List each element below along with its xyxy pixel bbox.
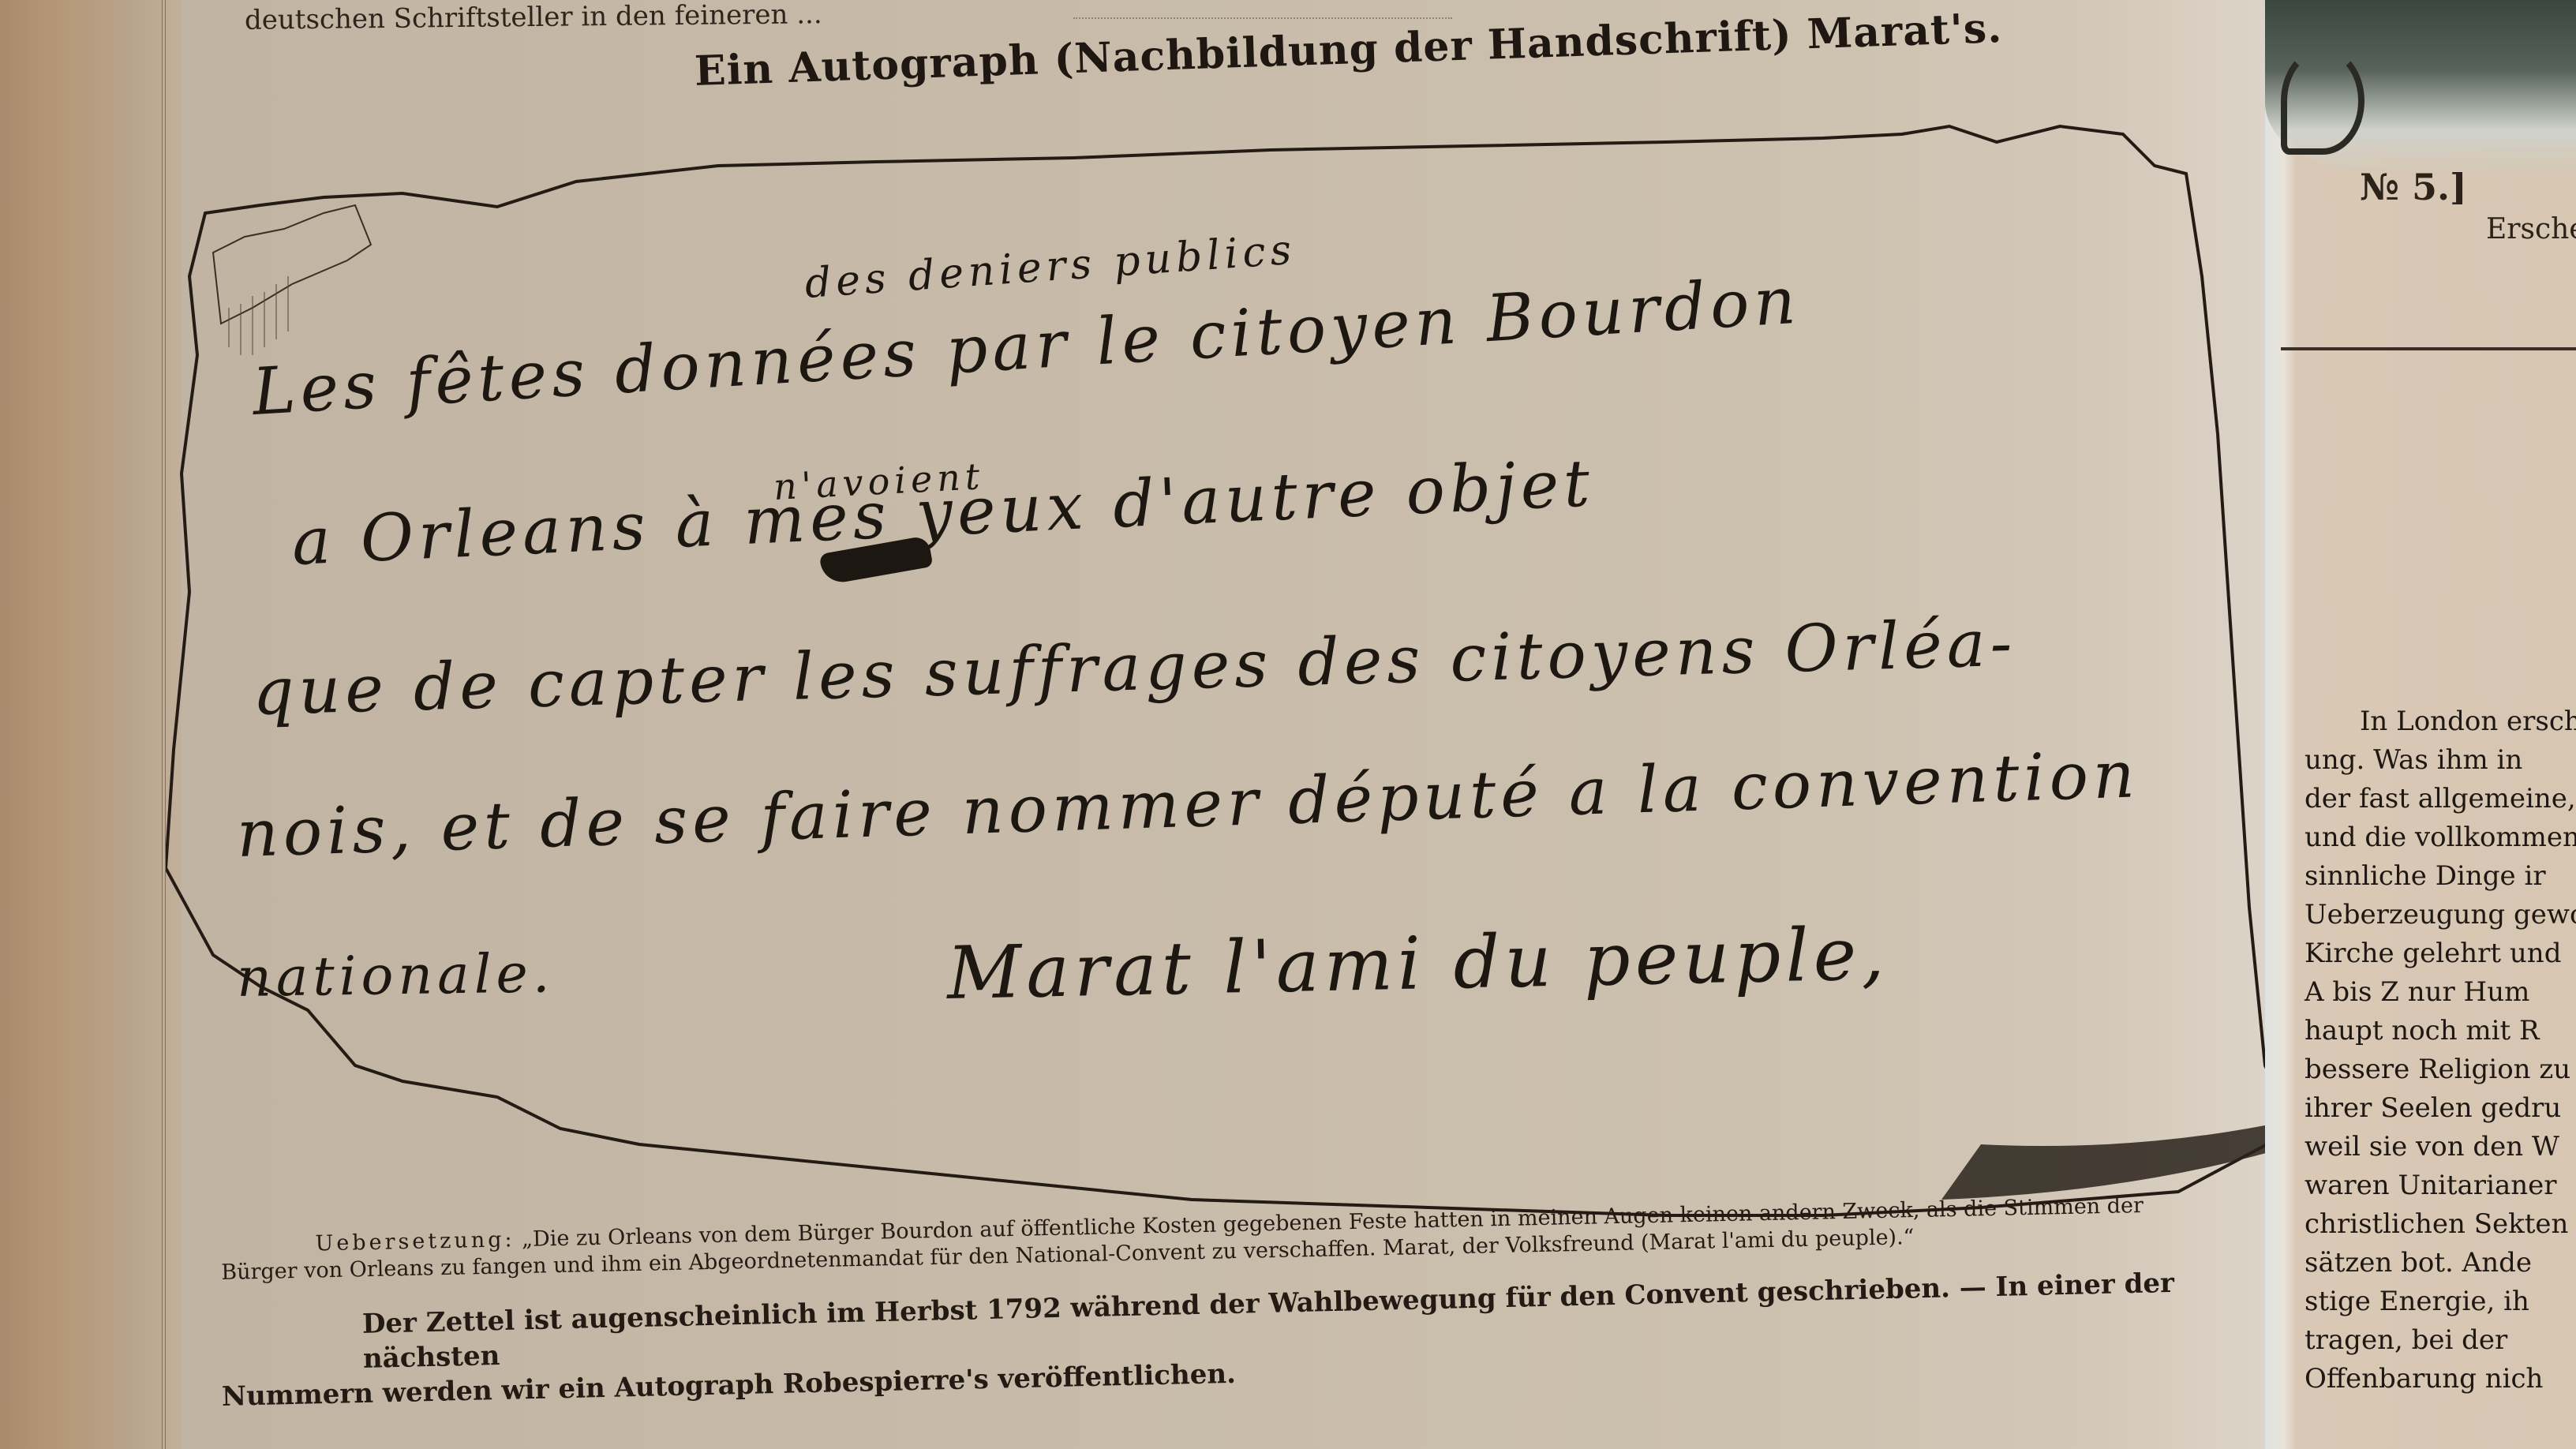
column-line: A bis Z nur Hum — [2305, 973, 2576, 1012]
top-text-fragment: deutschen Schriftsteller in den feineren… — [245, 0, 822, 36]
column-line: ihrer Seelen gedru — [2305, 1089, 2576, 1128]
column-line: waren Unitarianer — [2305, 1166, 2576, 1205]
right-page: № 5.] Erschei In London erschi ung. Was … — [2265, 0, 2576, 1449]
column-line: stige Energie, ih — [2305, 1282, 2576, 1321]
column-line: Offenbarung nich — [2305, 1360, 2576, 1398]
column-rule — [2281, 347, 2576, 350]
column-line: In London erschi — [2305, 702, 2576, 741]
column-line: Kirche gelehrt und — [2305, 934, 2576, 973]
column-line: tragen, bei der — [2305, 1321, 2576, 1360]
column-line: sätzen bot. Ande — [2305, 1244, 2576, 1282]
column-line: und die vollkommen — [2305, 818, 2576, 857]
column-line: weil sie von den W — [2305, 1128, 2576, 1166]
right-column-text: In London erschi ung. Was ihm in der fas… — [2305, 702, 2576, 1398]
translation-label: Uebersetzung: — [315, 1227, 515, 1256]
column-line: haupt noch mit R — [2305, 1012, 2576, 1050]
book-spine-edge — [0, 0, 182, 1449]
column-line: Ueberzeugung gewo — [2305, 896, 2576, 934]
column-line: sinnliche Dinge ir — [2305, 857, 2576, 896]
header-fragment: Erschei — [2486, 213, 2576, 245]
column-line: der fast allgemeine, — [2305, 780, 2576, 818]
column-line: bessere Religion zu — [2305, 1050, 2576, 1089]
issue-number: № 5.] — [2360, 166, 2467, 208]
manuscript-line-5: nationale. — [236, 942, 554, 1009]
column-line: ung. Was ihm in — [2305, 741, 2576, 780]
scroll-flourish-icon — [2281, 47, 2364, 155]
column-line: christlichen Sekten — [2305, 1205, 2576, 1244]
